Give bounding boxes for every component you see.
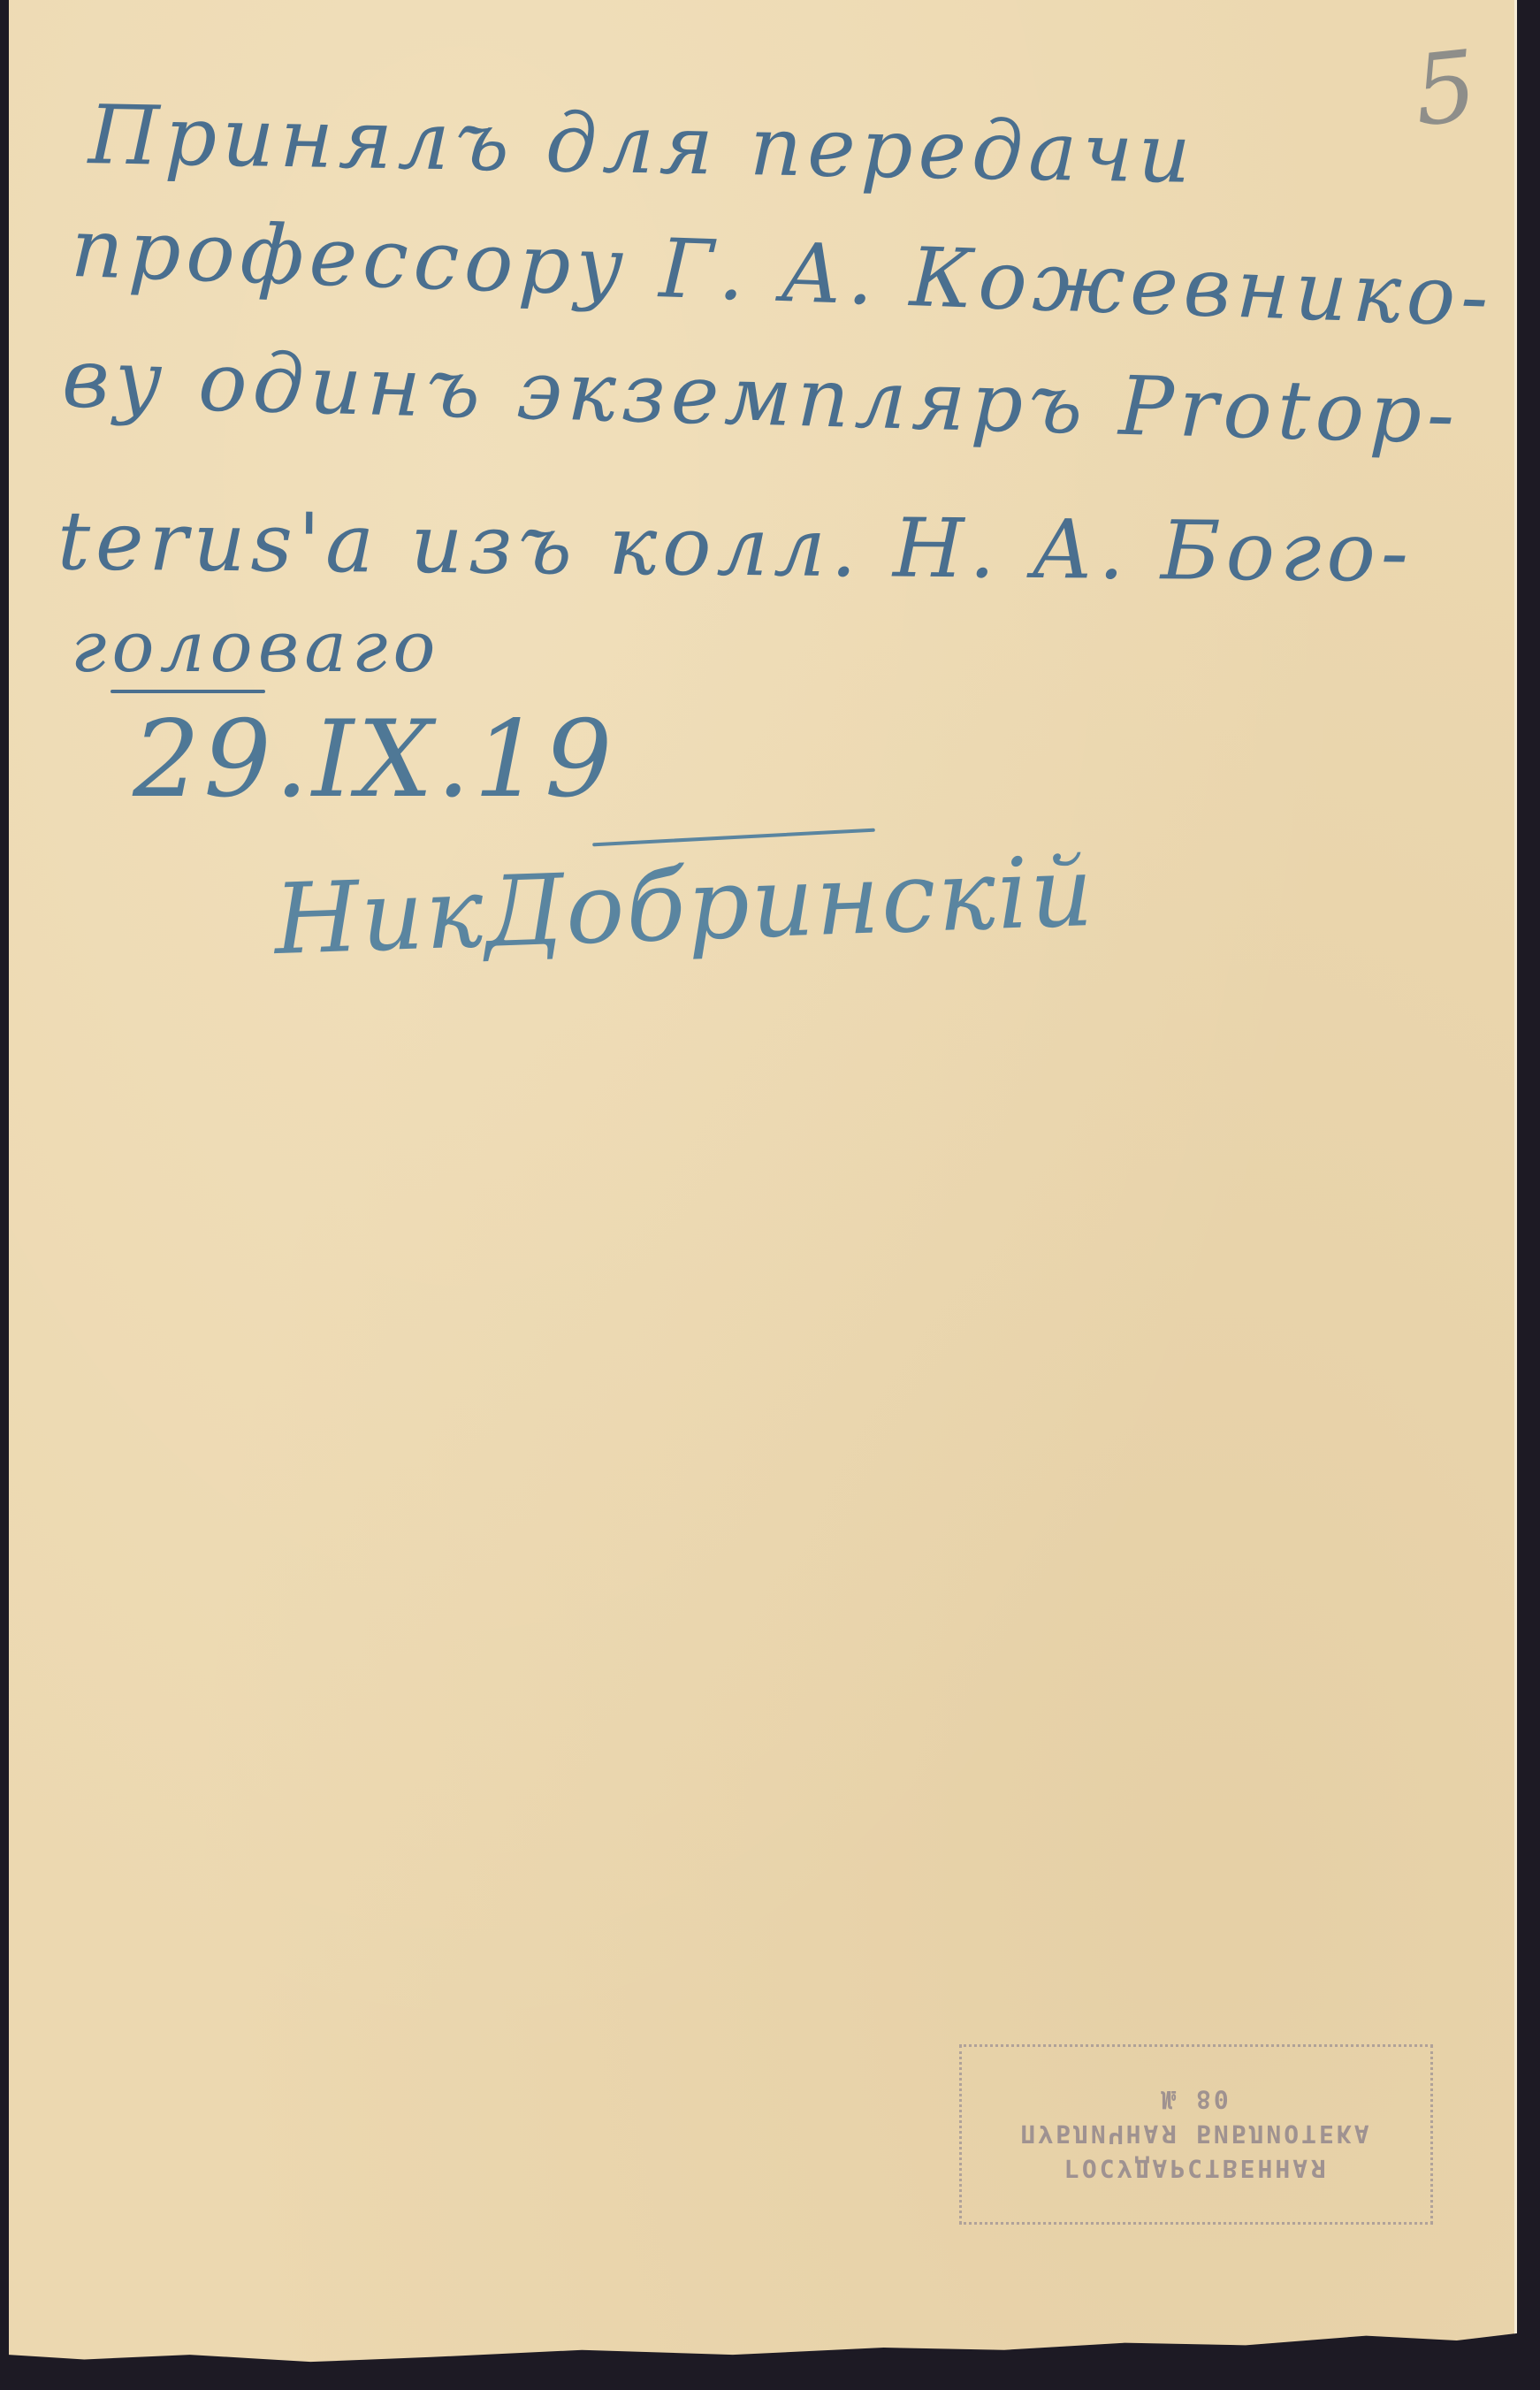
stamp-line-2: ПУБЛИЧНАЯ БИБЛИОТЕКА — [1020, 2120, 1371, 2149]
folio-number: 5 — [1409, 29, 1483, 149]
text-line-1: Принялъ для передачи — [88, 88, 1196, 202]
text-line-2: профессору Г. А. Кожевнико- — [70, 201, 1496, 345]
stamp-line-1: ГОСУДАРСТВЕННАЯ — [1064, 2155, 1328, 2184]
text-line-3: ву одинъ экземпляръ Protop- — [61, 331, 1461, 462]
archive-stamp: ГОСУДАРСТВЕННАЯ ПУБЛИЧНАЯ БИБЛИОТЕКА № 8… — [959, 2044, 1433, 2225]
text-line-4: terus'а изъ колл. Н. А. Бого- — [57, 493, 1414, 599]
paper-sheet: 5 Принялъ для передачи профессору Г. А. … — [9, 0, 1517, 2379]
text-line-5: головаго — [71, 606, 441, 688]
stamp-line-3: № 80 — [1161, 2086, 1231, 2115]
text-underline — [111, 690, 265, 693]
date: 29.IX.19 — [133, 699, 616, 821]
signature: НикДобринскій — [272, 835, 1096, 976]
